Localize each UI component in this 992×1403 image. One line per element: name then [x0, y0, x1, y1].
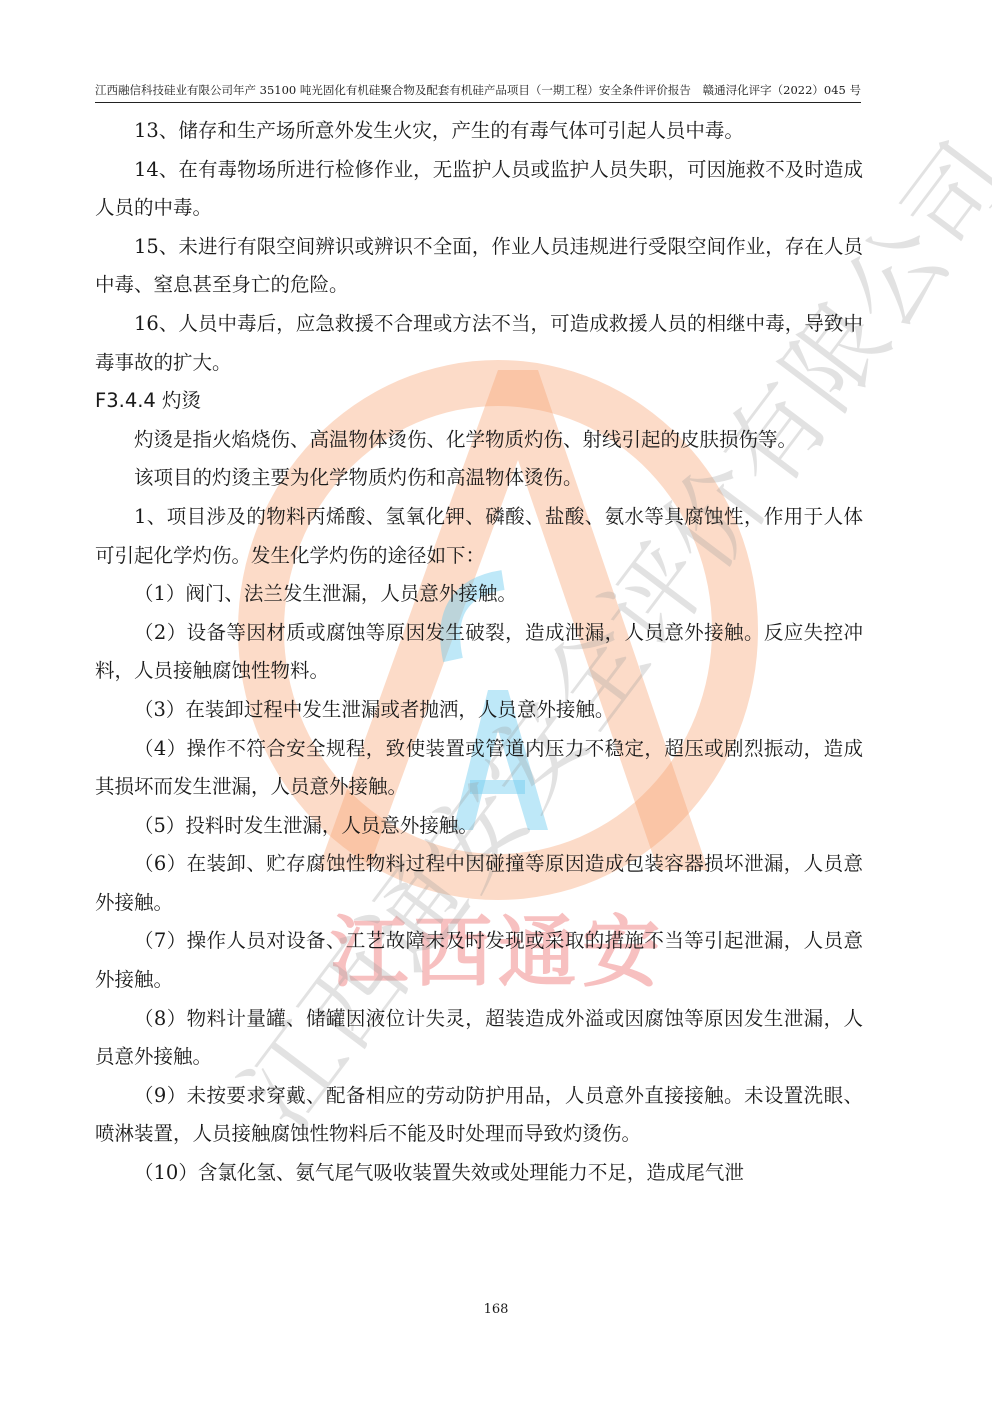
page-number: 168: [0, 1302, 992, 1317]
paragraph-sub-5: （5）投料时发生泄漏，人员意外接触。: [95, 807, 863, 846]
paragraph-sub-9: （9）未按要求穿戴、配备相应的劳动防护用品，人员意外直接接触。未设置洗眼、喷淋装…: [95, 1077, 863, 1154]
page-header: 江西融信科技硅业有限公司年产 35100 吨光固化有机硅聚合物及配套有机硅产品项…: [95, 80, 861, 103]
paragraph-item-1: 1、项目涉及的物料丙烯酸、氢氧化钾、磷酸、盐酸、氨水等具腐蚀性，作用于人体可引起…: [95, 498, 863, 575]
paragraph-summary: 该项目的灼烫主要为化学物质灼伤和高温物体烫伤。: [95, 459, 863, 498]
report-title: 江西融信科技硅业有限公司年产 35100 吨光固化有机硅聚合物及配套有机硅产品项…: [95, 80, 691, 102]
document-body: 13、储存和生产场所意外发生火灾，产生的有毒气体可引起人员中毒。 14、在有毒物…: [95, 112, 863, 1193]
paragraph-sub-2: （2）设备等因材质或腐蚀等原因发生破裂，造成泄漏，人员意外接触。反应失控冲料，人…: [95, 614, 863, 691]
paragraph-item-13: 13、储存和生产场所意外发生火灾，产生的有毒气体可引起人员中毒。: [95, 112, 863, 151]
section-heading: F3.4.4 灼烫: [95, 382, 863, 421]
paragraph-sub-3: （3）在装卸过程中发生泄漏或者抛洒，人员意外接触。: [95, 691, 863, 730]
paragraph-item-14: 14、在有毒物场所进行检修作业，无监护人员或监护人员失职，可因施救不及时造成人员…: [95, 151, 863, 228]
paragraph-item-15: 15、未进行有限空间辨识或辨识不全面，作业人员违规进行受限空间作业，存在人员中毒…: [95, 228, 863, 305]
paragraph-item-16: 16、人员中毒后，应急救援不合理或方法不当，可造成救援人员的相继中毒，导致中毒事…: [95, 305, 863, 382]
paragraph-sub-7: （7）操作人员对设备、工艺故障未及时发现或采取的措施不当等引起泄漏，人员意外接触…: [95, 922, 863, 999]
paragraph-definition: 灼烫是指火焰烧伤、高温物体烫伤、化学物质灼伤、射线引起的皮肤损伤等。: [95, 421, 863, 460]
paragraph-sub-1: （1）阀门、法兰发生泄漏，人员意外接触。: [95, 575, 863, 614]
document-number: 赣通浔化评字（2022）045 号: [703, 80, 861, 102]
paragraph-sub-8: （8）物料计量罐、储罐因液位计失灵，超装造成外溢或因腐蚀等原因发生泄漏，人员意外…: [95, 1000, 863, 1077]
paragraph-sub-4: （4）操作不符合安全规程，致使装置或管道内压力不稳定，超压或剧烈振动，造成其损坏…: [95, 730, 863, 807]
paragraph-sub-10: （10）含氯化氢、氨气尾气吸收装置失效或处理能力不足，造成尾气泄: [95, 1154, 863, 1193]
paragraph-sub-6: （6）在装卸、贮存腐蚀性物料过程中因碰撞等原因造成包装容器损坏泄漏，人员意外接触…: [95, 845, 863, 922]
